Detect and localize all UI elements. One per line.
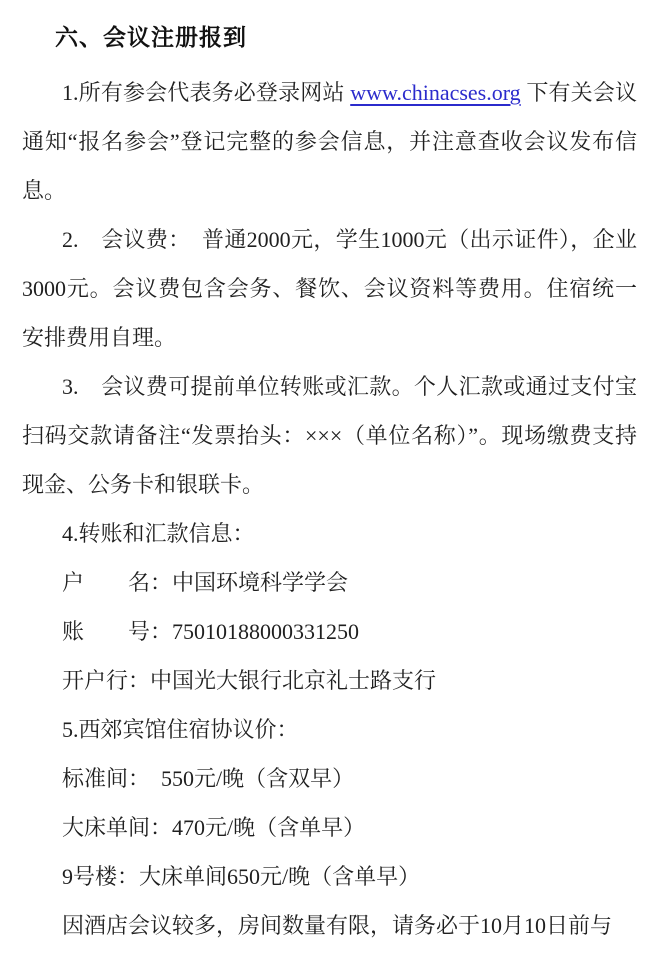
- building9-price-line: 9号楼：大床单间650元/晚（含单早）: [22, 852, 637, 901]
- bank-branch-line: 开户行：中国光大银行北京礼士路支行: [22, 656, 637, 705]
- document-page: 六、会议注册报到 1.所有参会代表务必登录网站 www.chinacses.or…: [0, 0, 655, 954]
- paragraph-conference-fee: 2. 会议费： 普通2000元，学生1000元（出示证件），企业3000元。会议…: [22, 215, 637, 362]
- standard-room-price-line: 标准间： 550元/晚（含双早）: [22, 754, 637, 803]
- section-heading: 六、会议注册报到: [55, 12, 637, 62]
- payment-info-title: 4.转账和汇款信息：: [22, 509, 637, 558]
- hotel-booking-note-line: 因酒店会议较多，房间数量有限，请务必于10月10日前与: [22, 901, 637, 950]
- paragraph-registration-prefix: 1.所有参会代表务必登录网站: [62, 80, 350, 105]
- account-number-line: 账 号：75010188000331250: [22, 607, 637, 656]
- website-link[interactable]: www.chinacses.org: [350, 80, 520, 105]
- king-room-price-line: 大床单间：470元/晚（含单早）: [22, 803, 637, 852]
- hotel-price-title: 5.西郊宾馆住宿协议价：: [22, 705, 637, 754]
- paragraph-payment-methods: 3. 会议费可提前单位转账或汇款。个人汇款或通过支付宝扫码交款请备注“发票抬头：…: [22, 362, 637, 509]
- account-name-line: 户 名：中国环境科学学会: [22, 558, 637, 607]
- paragraph-registration: 1.所有参会代表务必登录网站 www.chinacses.org 下有关会议通知…: [22, 68, 637, 215]
